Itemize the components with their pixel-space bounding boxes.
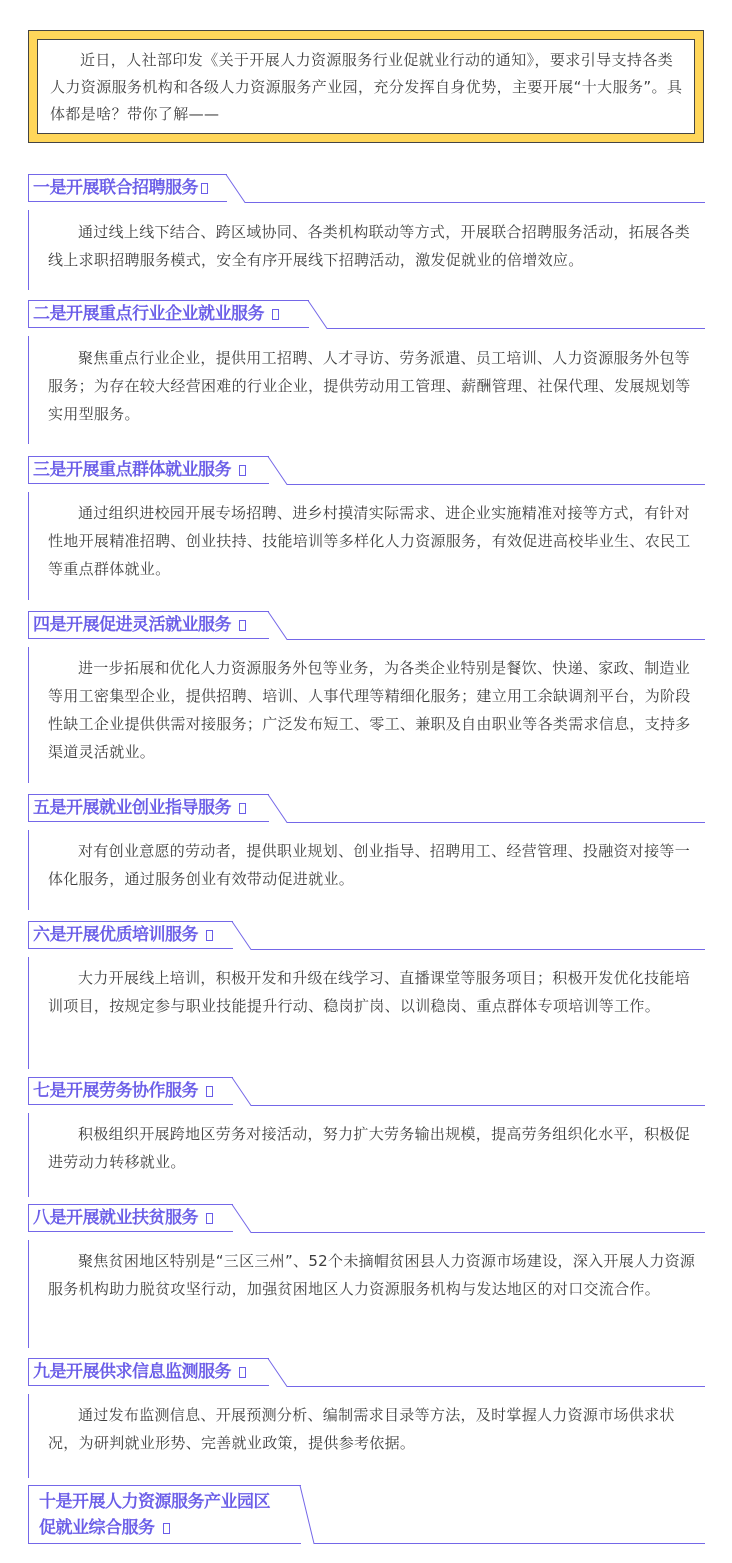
section-header: 六是开展优质培训服务 [28,921,708,949]
intro-text: 近日，人社部印发《关于开展人力资源服务行业促就业行动的通知》，要求引导支持各类人… [50,47,684,128]
section-title: 六是开展优质培训服务 [33,924,213,946]
box-glyph-icon [206,1086,213,1097]
section-body: 大力开展线上培训，积极开发和升级在线学习、直播课堂等服务项目；积极开发优化技能培… [48,964,698,1020]
box-glyph-icon [206,930,213,941]
section-title: 一是开展联合招聘服务 [33,177,208,199]
section-body: 进一步拓展和优化人力资源服务外包等业务，为各类企业特别是餐饮、快递、家政、制造业… [48,654,698,766]
section-header: 九是开展供求信息监测服务 [28,1358,708,1386]
section-left-rule [28,1394,29,1478]
section-header: 七是开展劳务协作服务 [28,1077,708,1105]
section-header: 一是开展联合招聘服务 [28,174,708,202]
section-body: 通过组织进校园开展专场招聘、进乡村摸清实际需求、进企业实施精准对接等方式，有针对… [48,499,698,583]
section-title: 四是开展促进灵活就业服务 [33,614,246,636]
section-title: 三是开展重点群体就业服务 [33,459,246,481]
box-glyph-icon [163,1523,170,1534]
section-title: 五是开展就业创业指导服务 [33,797,246,819]
section-body: 通过线上线下结合、跨区域协同、各类机构联动等方式，开展联合招聘服务活动，拓展各类… [48,218,698,274]
box-glyph-icon [201,183,208,194]
section-body: 聚焦重点行业企业，提供用工招聘、人才寻访、劳务派遣、员工培训、人力资源服务外包等… [48,344,698,428]
box-glyph-icon [206,1213,213,1224]
box-glyph-icon [272,309,279,320]
section-header: 二是开展重点行业企业就业服务 [28,300,708,328]
section-left-rule [28,210,29,290]
section-left-rule [28,1240,29,1348]
section-title: 九是开展供求信息监测服务 [33,1361,246,1383]
box-glyph-icon [239,465,246,476]
section-title: 八是开展就业扶贫服务 [33,1207,213,1229]
section-header: 四是开展促进灵活就业服务 [28,611,708,639]
section-title: 二是开展重点行业企业就业服务 [33,303,279,325]
section-body: 通过发布监测信息、开展预测分析、编制需求目录等方法，及时掌握人力资源市场供求状况… [48,1401,698,1457]
section-header: 五是开展就业创业指导服务 [28,794,708,822]
section-left-rule [28,830,29,910]
section-left-rule [28,1113,29,1197]
section-left-rule [28,647,29,783]
intro-inner-panel: 近日，人社部印发《关于开展人力资源服务行业促就业行动的通知》，要求引导支持各类人… [37,39,695,134]
section-header: 八是开展就业扶贫服务 [28,1204,708,1232]
section-body: 积极组织开展跨地区劳务对接活动，努力扩大劳务输出规模，提高劳务组织化水平，积极促… [48,1120,698,1176]
section-body: 对有创业意愿的劳动者，提供职业规划、创业指导、招聘用工、经营管理、投融资对接等一… [48,837,698,893]
box-glyph-icon [239,803,246,814]
section-title: 七是开展劳务协作服务 [33,1080,213,1102]
box-glyph-icon [239,620,246,631]
intro-frame: 近日，人社部印发《关于开展人力资源服务行业促就业行动的通知》，要求引导支持各类人… [28,30,704,143]
section-left-rule [28,492,29,600]
box-glyph-icon [239,1367,246,1378]
section-title: 十是开展人力资源服务产业园区 促就业综合服务 [39,1489,299,1541]
section-header: 三是开展重点群体就业服务 [28,456,708,484]
section-left-rule [28,336,29,444]
section-header: 十是开展人力资源服务产业园区 促就业综合服务 [28,1485,708,1544]
section-body: 聚焦贫困地区特别是“三区三州”、52个未摘帽贫困县人力资源市场建设，深入开展人力… [48,1247,698,1303]
section-left-rule [28,957,29,1069]
